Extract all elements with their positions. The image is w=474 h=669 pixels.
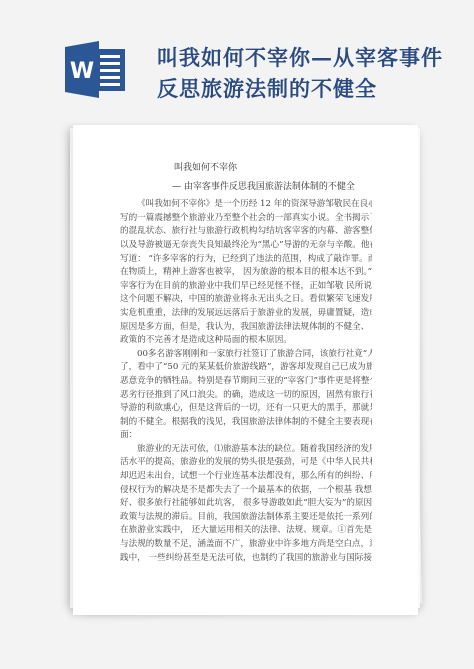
- paragraph-3: 旅游业的无法可依，⑴旅游基本法的缺位。随着我国经济的发展，人民生 活水平的提高，…: [120, 443, 372, 565]
- text-line: 实危机重重，法律的发展远远落后于旅游业的发展，毋庸置疑，造成这种现象的: [120, 307, 372, 321]
- text-line: 恶劣行径推到了风口浪尖。的确，造成这一切的原因，固然有旅行社、 商家以及: [120, 389, 372, 403]
- text-line: 恶意竞争的牺牲品。特别是春节期间三亚的“宰客门”事件更是将整个旅游业的: [120, 375, 372, 389]
- text-line: 侵权行为的解决是不是都失去了一个最基本的依据，一个根基 我想这也是现在: [120, 484, 372, 498]
- text-line: 的混乱状态、旅行社与旅游行政机构勾结坑客宰客的内幕、游客整体素质的低下: [120, 225, 372, 239]
- text-line: 00多名游客刚刚和一家旅行社签订了旅游合同，该旅行社竟“人间蒸发”: [120, 348, 372, 362]
- text-line: 活水平的提高，旅游业的发展的势头很是强劲，可是《中华人民共和国旅游法》: [120, 456, 372, 470]
- title-line-2: 反思旅游法制的不健全: [157, 73, 457, 104]
- text-line: 原因是多方面，但是，我认为，我国旅游法律法规体制的不健全、 各种法律制度: [120, 321, 372, 335]
- word-document-icon: W: [65, 41, 127, 98]
- paragraph-2: 00多名游客刚刚和一家旅行社签订了旅游合同，该旅行社竟“人间蒸发” 了，看中了“…: [120, 348, 372, 443]
- paragraph-1: 《叫我如何不宰你》是一个历经 12 年的资深导游邹敬民在良心忏悔之后， 写的一篇…: [120, 198, 372, 348]
- page-title: 叫我如何不宰你—从宰客事件 反思旅游法制的不健全: [157, 42, 457, 104]
- text-line: 写的一篇震撼整个旅游业乃至整个社会的一部真实小说。全书揭示了整个旅游业: [120, 212, 372, 226]
- text-line: 写道： “许多宰客的行为，已经到了违法的范围，构成了敲诈罪。而且不仅表现: [120, 253, 372, 267]
- document-title: 叫我如何不宰你: [174, 162, 372, 176]
- header: W 叫我如何不宰你—从宰客事件 反思旅游法制的不健全: [0, 0, 474, 120]
- text-line: 践中， 一些纠纷甚至是无法可依，也制约了我国的旅游业与国际接轨，公平竞争: [120, 552, 372, 566]
- text-line: 在物质上，精神上游客也被宰， 因为旅游的根本目的根本达不到。”的确，导游: [120, 266, 372, 280]
- text-line: 政策与法规的滞后。目前，我国旅游法制体系主要还是依托一系列的政策与法规，: [120, 511, 372, 525]
- title-line-1: 叫我如何不宰你—从宰客事件: [157, 42, 457, 73]
- svg-text:W: W: [70, 59, 94, 84]
- text-line: 与法规的数量不足，涵盖面不广，旅游业中许多地方尚是空白点，这导致旅游实: [120, 538, 372, 552]
- text-line: 制的不健全。根据我的浅见，我国旅游法律体制的不健全主要表现在以下几个方: [120, 416, 372, 430]
- document-body: 叫我如何不宰你 — 由宰客事件反思我国旅游法制体制的不健全 《叫我如何不宰你》是…: [120, 162, 372, 565]
- text-line: 面：: [120, 429, 372, 443]
- text-line: 好、很多旅行社能够如此坑客， 很多导游敢如此“胆大妄为”的原因吧。⑵专项: [120, 497, 372, 511]
- text-line: 导游的利欲熏心，但是这背后的一切，还有一只更大的黑手，那就是旅游法规体: [120, 402, 372, 416]
- text-line: 政策的不完善才是造成这种局面的根本原因。: [120, 334, 372, 348]
- text-line: 旅游业的无法可依，⑴旅游基本法的缺位。随着我国经济的发展，人民生: [120, 443, 372, 457]
- text-line: 以及导游被逼无奈丧失良知最终沦为“黑心”导游的无奈与辛酸。他在文中这样: [120, 239, 372, 253]
- text-line: 《叫我如何不宰你》是一个历经 12 年的资深导游邹敬民在良心忏悔之后，: [120, 198, 372, 212]
- text-line: 却迟迟未出台，试想一个行业连基本法都没有，那么所有的纠纷、所有的宰客等: [120, 470, 372, 484]
- text-line: 在旅游业实践中， 还大量运用相关的法律、法规、规章。①首先是这些专项政策: [120, 524, 372, 538]
- document-subtitle: — 由宰客事件反思我国旅游法制体制的不健全: [172, 181, 372, 195]
- text-line: 这个问题不解决，中国的旅游业将永无出头之日。看似繁荣飞速发展的旅游业其: [120, 293, 372, 307]
- text-line: 了，看中了“50 元的某某低价旅游线路”，游客却发现自己已成为旅行社之间: [120, 361, 372, 375]
- text-line: 宰客行为在目前的旅游业中我们早已经见怪不怪，正如邹敬 民所说的那样如果: [120, 280, 372, 294]
